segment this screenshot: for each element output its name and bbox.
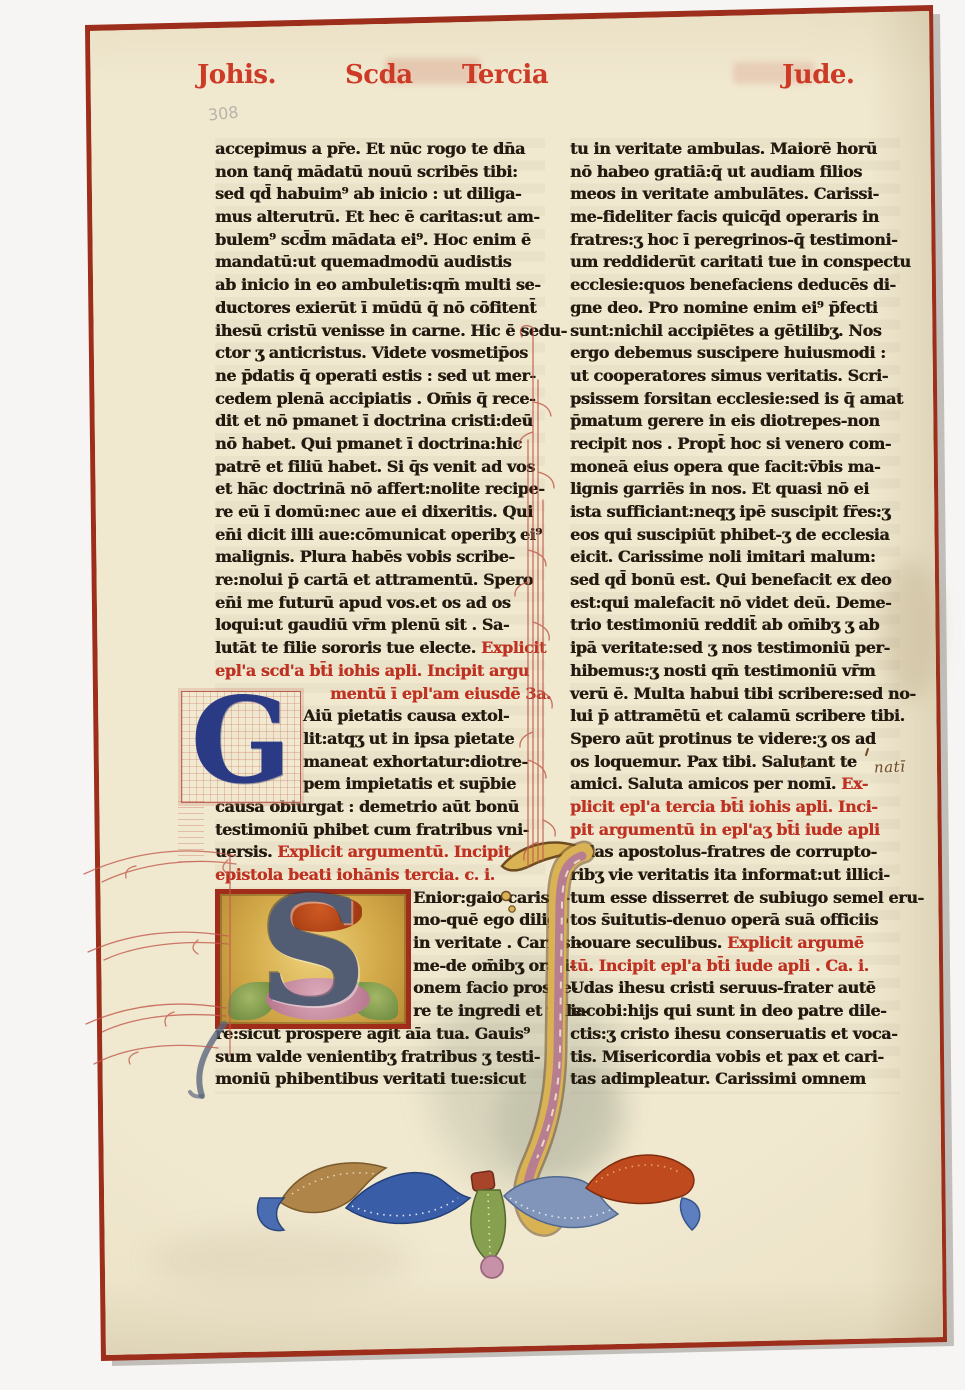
- text-line: dit et nō pmanet ī doctrina cristi:deū: [215, 410, 547, 433]
- body-text: est:qui malefacit nō videt deū. Deme-: [570, 593, 891, 612]
- body-text: sed qd̄ bonū est. Qui benefacit ex deo: [570, 570, 891, 589]
- text-line: sed qd̄ habuim⁹ ab inicio : ut diliga-: [215, 183, 547, 206]
- body-text: lutāt te filie sororis tue electe.: [215, 638, 481, 657]
- text-line: ipā veritate:sed ʒ nos testimoniū per-: [570, 637, 902, 660]
- text-line: accepimus a pr̄e. Et nūc rogo te dn̄a: [215, 138, 547, 161]
- body-text: ctor ʒ anticristus. Videte vosmetip̄os: [215, 343, 528, 362]
- body-text: sunt:nichil accipiētes a gētilibʒ. Nos: [570, 321, 881, 340]
- running-title-secunda: Scda: [345, 60, 413, 90]
- text-line: amici. Saluta amicos per nomī. Ex-: [570, 773, 902, 796]
- manuscript-photo: Johis. Scda Tercia Jude. accepimus a pr̄…: [0, 0, 965, 1390]
- initial-g-letter: G: [186, 676, 296, 806]
- text-line: nō habeo gratiā:q̄ ut audiam filios: [570, 161, 902, 184]
- rubric-text: pit argumentū in epl'aʒ bt̄i iude apli: [570, 820, 880, 839]
- text-line: mus alterutrū. Et hec ē caritas:ut am-: [215, 206, 547, 229]
- body-text: p̄matum gerere in eis diotrepes-non: [570, 411, 880, 430]
- body-text: moniū phibentibus veritati tue:sicut: [215, 1069, 526, 1088]
- text-line: tu in veritate ambulas. Maiorē horū: [570, 138, 902, 161]
- body-text: ut cooperatores simus veritatis. Scri-: [570, 366, 888, 385]
- initial-s-letter: S: [220, 872, 406, 1032]
- text-line: ctor ʒ anticristus. Videte vosmetip̄os: [215, 342, 547, 365]
- text-line: tas adimpleatur. Carissimi omnem: [570, 1068, 902, 1091]
- gold-drip: [509, 906, 515, 912]
- text-line: tum esse disserret de subiugo semel eru-: [570, 887, 902, 910]
- text-line: lui p̄ attramētū et calamū scribere tibi…: [570, 705, 902, 728]
- body-text: tis. Misericordia vobis et pax et cari-: [570, 1047, 884, 1066]
- text-line: os loquemur. Pax tibi. Salutant te: [570, 751, 902, 774]
- body-text: cedem plenā accipiatis . Om̄is q̄ rece-: [215, 389, 535, 408]
- body-text: re eū ī domū:nec aue ei dixeritis. Qui: [215, 502, 533, 521]
- text-line: me-fideliter facis quicq̄d operaris in: [570, 206, 902, 229]
- body-text: ribʒ vie veritatis ita informat:ut illic…: [570, 865, 890, 884]
- text-line: tis. Misericordia vobis et pax et cari-: [570, 1046, 902, 1069]
- rubric-text: Explicit argumē: [727, 933, 864, 952]
- body-text: hibemus:ʒ nosti qm̄ testimoniū vr̄m: [570, 661, 875, 680]
- text-line: ctis:ʒ cristo ihesu conseruatis et voca-: [570, 1023, 902, 1046]
- text-line: ista sufficiant:neqʒ ipē suscipit fr̄es:…: [570, 501, 902, 524]
- body-text: pem impietatis et sup̄bie: [303, 774, 516, 793]
- text-line: lignis garriēs in nos. Et quasi nō ei: [570, 478, 902, 501]
- illuminated-initial-g-panel: G: [181, 691, 301, 803]
- text-line: pit argumentū in epl'aʒ bt̄i iude apli: [570, 819, 902, 842]
- body-text: loqui:ut gaudiū vr̄m plenū sit . Sa-: [215, 615, 509, 634]
- body-text: moneā eius opera que facit:v̄bis ma-: [570, 457, 880, 476]
- body-text: me-fideliter facis quicq̄d operaris in: [570, 207, 879, 226]
- rubric-text: Ex-: [841, 774, 868, 793]
- text-line: en̄i dicit illi aue:cōmunicat operibʒ ei…: [215, 524, 547, 547]
- rubric-text: tū. Incipit epl'a bt̄i iude apli . Ca. i…: [570, 956, 869, 975]
- text-line: eos qui suscipiūt phibet-ʒ de ecclesia: [570, 524, 902, 547]
- body-text: ne p̄datis q̄ operati estis : sed ut mer…: [215, 366, 536, 385]
- body-text: Aiū pietatis causa extol-: [303, 706, 509, 725]
- text-line: malignis. Plura habēs vobis scribe-: [215, 546, 547, 569]
- body-text: fratres:ʒ hoc ī peregrinos-q̄ testimoni-: [570, 230, 897, 249]
- text-line: hibemus:ʒ nosti qm̄ testimoniū vr̄m: [570, 660, 902, 683]
- body-text: dit et nō pmanet ī doctrina cristi:deū: [215, 411, 533, 430]
- text-line: ab inicio in eo ambuletis:qm̄ multi se-: [215, 274, 547, 297]
- body-text: verū ē. Multa habui tibi scribere:sed no…: [570, 684, 916, 703]
- body-text: malignis. Plura habēs vobis scribe-: [215, 547, 515, 566]
- text-line: ergo debemus suscipere huiusmodi :: [570, 342, 902, 365]
- text-line: trio testimoniū reddit̄ ab om̄ibʒ ʒ ab: [570, 614, 902, 637]
- text-line: Udas ihesu cristi seruus-frater autē: [570, 977, 902, 1000]
- body-text: Spero aūt protinus te videre:ʒ os ad: [570, 729, 876, 748]
- running-title-iude: Jude.: [782, 60, 854, 90]
- text-line: iacobi:hijs qui sunt in deo patre dile-: [570, 1000, 902, 1023]
- body-text: eicit. Carissime noli imitari malum:: [570, 547, 875, 566]
- body-text: accepimus a pr̄e. Et nūc rogo te dn̄a: [215, 139, 525, 158]
- text-line: re eū ī domū:nec aue ei dixeritis. Qui: [215, 501, 547, 524]
- text-line: est:qui malefacit nō videt deū. Deme-: [570, 592, 902, 615]
- rubric-text: Explicit argumentū. Incipit: [277, 842, 510, 861]
- body-text: patrē et filiū habet. Si q̄s venit ad vo…: [215, 457, 535, 476]
- text-line: um reddiderūt caritati tue in conspectu: [570, 251, 902, 274]
- body-text: tas adimpleatur. Carissimi omnem: [570, 1069, 866, 1088]
- text-line: ut cooperatores simus veritatis. Scri-: [570, 365, 902, 388]
- body-text: trio testimoniū reddit̄ ab om̄ibʒ ʒ ab: [570, 615, 879, 634]
- text-line: en̄i me futurū apud vos.et os ad os: [215, 592, 547, 615]
- body-text: tos s̄uitutis-denuo operā suā officiis: [570, 910, 878, 929]
- body-text: ecclesie:quos benefaciens deducēs di-: [570, 275, 896, 294]
- text-line: ductores exierūt ī mūdū q̄ nō cōfitent̄: [215, 297, 547, 320]
- text-line: non tanq̄ mādatū nouū scribēs tibi:: [215, 161, 547, 184]
- text-line: p̄matum gerere in eis diotrepes-non: [570, 410, 902, 433]
- text-line: nouare seculibus. Explicit argumē: [570, 932, 902, 955]
- body-text: re:nolui p̄ cartā et attramentū. Spero: [215, 570, 533, 589]
- text-column-right: tu in veritate ambulas. Maiorē horūnō ha…: [570, 138, 902, 1091]
- marginal-gloss: natī: [874, 757, 906, 776]
- body-text: amici. Saluta amicos per nomī.: [570, 774, 841, 793]
- body-text: iacobi:hijs qui sunt in deo patre dile-: [570, 1001, 886, 1020]
- text-line: ihesū cristū venisse in carne. Hic ē sed…: [215, 320, 547, 343]
- body-text: en̄i me futurū apud vos.et os ad os: [215, 593, 510, 612]
- body-text: gne deo. Pro nomine enim ei⁹ p̄fecti: [570, 298, 878, 317]
- text-line: gne deo. Pro nomine enim ei⁹ p̄fecti: [570, 297, 902, 320]
- text-line: psissem forsitan ecclesie:sed is q̄ amat: [570, 388, 902, 411]
- body-text: sed qd̄ habuim⁹ ab inicio : ut diliga-: [215, 184, 521, 203]
- text-line: sed qd̄ bonū est. Qui benefacit ex deo: [570, 569, 902, 592]
- text-line: et hāc doctrinā nō affert:nolite recipe-: [215, 478, 547, 501]
- body-text: testimoniū phibet cum fratribus vni-: [215, 820, 529, 839]
- body-text: lignis garriēs in nos. Et quasi nō ei: [570, 479, 869, 498]
- body-text: lit:atqʒ ut in ipsa pietate: [303, 729, 514, 748]
- body-text: et hāc doctrinā nō affert:nolite recipe-: [215, 479, 544, 498]
- body-text: psissem forsitan ecclesie:sed is q̄ amat: [570, 389, 903, 408]
- body-text: bulem⁹ scd̄m mādata ei⁹. Hoc enim ē: [215, 230, 531, 249]
- body-text: ipā veritate:sed ʒ nos testimoniū per-: [570, 638, 890, 657]
- pen-flourish-left-margin: [78, 842, 246, 1084]
- body-text: eos qui suscipiūt phibet-ʒ de ecclesia: [570, 525, 889, 544]
- body-text: meos in veritate ambulātes. Carissi-: [570, 184, 879, 203]
- body-text: Udas ihesu cristi seruus-frater autē: [570, 978, 875, 997]
- text-line: eicit. Carissime noli imitari malum:: [570, 546, 902, 569]
- text-line: patrē et filiū habet. Si q̄s venit ad vo…: [215, 456, 547, 479]
- gold-drip: [502, 892, 511, 901]
- text-line: fratres:ʒ hoc ī peregrinos-q̄ testimoni-: [570, 229, 902, 252]
- text-line: sunt:nichil accipiētes a gētilibʒ. Nos: [570, 320, 902, 343]
- text-line: Udas apostolus-fratres de corrupto-: [570, 841, 902, 864]
- text-line: tū. Incipit epl'a bt̄i iude apli . Ca. i…: [570, 955, 902, 978]
- text-line: nō habet. Qui pmanet ī doctrina:hic: [215, 433, 547, 456]
- text-line: verū ē. Multa habui tibi scribere:sed no…: [570, 683, 902, 706]
- text-line: moneā eius opera que facit:v̄bis ma-: [570, 456, 902, 479]
- body-text: mus alterutrū. Et hec ē caritas:ut am-: [215, 207, 539, 226]
- text-line: mandatū:ut quemadmodū audistis: [215, 251, 547, 274]
- body-text: nō habet. Qui pmanet ī doctrina:hic: [215, 434, 522, 453]
- body-text: Udas apostolus-fratres de corrupto-: [570, 842, 877, 861]
- pencil-foliation-number: 308: [207, 102, 239, 124]
- body-text: maneat exhortatur:diotre-: [303, 752, 528, 771]
- body-text: ergo debemus suscipere huiusmodi :: [570, 343, 886, 362]
- text-line: tos s̄uitutis-denuo operā suā officiis: [570, 909, 902, 932]
- text-line: loqui:ut gaudiū vr̄m plenū sit . Sa-: [215, 614, 547, 637]
- body-text: tum esse disserret de subiugo semel eru-: [570, 888, 924, 907]
- text-line: plicit epl'a tercia bt̄i iohis apli. Inc…: [570, 796, 902, 819]
- body-text: ab inicio in eo ambuletis:qm̄ multi se-: [215, 275, 540, 294]
- rubric-text: plicit epl'a tercia bt̄i iohis apli. Inc…: [570, 797, 877, 816]
- body-text: en̄i dicit illi aue:cōmunicat operibʒ ei…: [215, 525, 542, 544]
- body-text: tu in veritate ambulas. Maiorē horū: [570, 139, 877, 158]
- text-line: bulem⁹ scd̄m mādata ei⁹. Hoc enim ē: [215, 229, 547, 252]
- body-text: ista sufficiant:neqʒ ipē suscipit fr̄es:…: [570, 502, 890, 521]
- text-line: Spero aūt protinus te videre:ʒ os ad: [570, 728, 902, 751]
- body-text: ctis:ʒ cristo ihesu conseruatis et voca-: [570, 1024, 897, 1043]
- body-text: lui p̄ attramētū et calamū scribere tibi…: [570, 706, 905, 725]
- body-text: um reddiderūt caritati tue in conspectu: [570, 252, 911, 271]
- body-text: mandatū:ut quemadmodū audistis: [215, 252, 511, 271]
- body-text: nō habeo gratiā:q̄ ut audiam filios: [570, 162, 862, 181]
- body-text: os loquemur. Pax tibi. Salutant te: [570, 752, 857, 771]
- running-title-tercia: Tercia: [462, 60, 548, 90]
- text-line: cedem plenā accipiatis . Om̄is q̄ rece-: [215, 388, 547, 411]
- text-line: ecclesie:quos benefaciens deducēs di-: [570, 274, 902, 297]
- pen-flourish-intercolumn: [505, 322, 561, 872]
- running-title-iohis: Johis.: [197, 60, 276, 90]
- text-line: ribʒ vie veritatis ita informat:ut illic…: [570, 864, 902, 887]
- body-text: non tanq̄ mādatū nouū scribēs tibi:: [215, 162, 518, 181]
- body-text: ductores exierūt ī mūdū q̄ nō cōfitent̄: [215, 298, 536, 317]
- text-line: recipit nos . Propt̄ hoc si venero com-: [570, 433, 902, 456]
- text-line: meos in veritate ambulātes. Carissi-: [570, 183, 902, 206]
- text-line: lutāt te filie sororis tue electe. Expli…: [215, 637, 547, 660]
- text-line: re:nolui p̄ cartā et attramentū. Spero: [215, 569, 547, 592]
- foliate-border: [252, 1136, 704, 1281]
- text-line: ne p̄datis q̄ operati estis : sed ut mer…: [215, 365, 547, 388]
- body-text: recipit nos . Propt̄ hoc si venero com-: [570, 434, 891, 453]
